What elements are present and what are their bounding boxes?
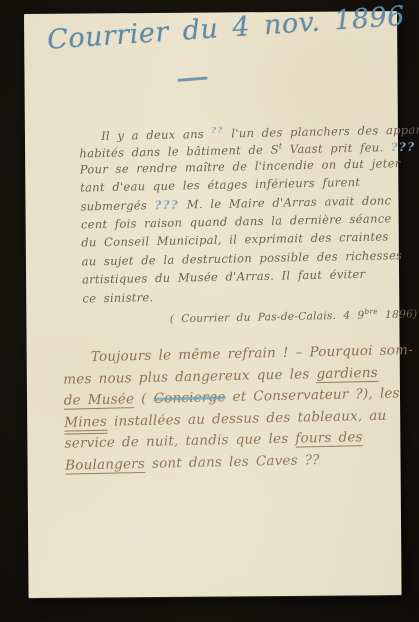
- line-text: (: [134, 391, 154, 407]
- underlined-word: de Musée: [64, 391, 135, 410]
- line-text: mes nous plus dangereux que les: [63, 366, 317, 388]
- photo-background: Courrier du 4 nov. 1896 Il y a deux ans …: [0, 0, 419, 622]
- annotation-question-marks: ???: [154, 197, 179, 211]
- underlined-word: fours des: [295, 429, 363, 447]
- line-text: et Conservateur ?), les: [225, 385, 399, 405]
- line-text: installées au dessus des tableaux, au: [107, 407, 387, 429]
- manuscript-title: Courrier du 4 nov. 1896: [46, 3, 392, 56]
- annotation-question-marks: ???: [391, 140, 416, 154]
- blue-struck-word: Concierge: [153, 389, 225, 407]
- line-text: sont dans les Caves ??: [145, 452, 320, 472]
- first-paragraph: Il y a deux ans ?? l'un des planchers de…: [79, 117, 391, 330]
- annotation-question-marks: ??: [211, 125, 224, 135]
- line-text: M. le Maire d'Arras avait donc: [179, 193, 391, 211]
- double-underlined-word: Mines: [64, 413, 107, 434]
- underlined-word: Boulangers: [65, 455, 145, 474]
- line-text: Toujours le même refrain ! – Pourquoi so…: [91, 342, 413, 365]
- citation-text: ( Courrier du Pas-de-Calais. 4 9: [170, 309, 365, 325]
- superscript-text: bre: [364, 307, 378, 316]
- title-underline: [177, 77, 207, 82]
- line-text: artistiques du Musée d'Arras. Il faut év…: [82, 267, 366, 287]
- line-text: service de nuit, tandis que les: [65, 431, 296, 452]
- underlined-word: gardiens: [316, 364, 378, 382]
- citation-text: 1896): [378, 308, 418, 321]
- manuscript-page: Courrier du 4 nov. 1896 Il y a deux ans …: [24, 11, 402, 598]
- line-text: ce sinistre.: [82, 290, 153, 305]
- second-paragraph: Toujours le même refrain ! – Pourquoi so…: [63, 341, 396, 477]
- line-text: submergés: [80, 198, 154, 213]
